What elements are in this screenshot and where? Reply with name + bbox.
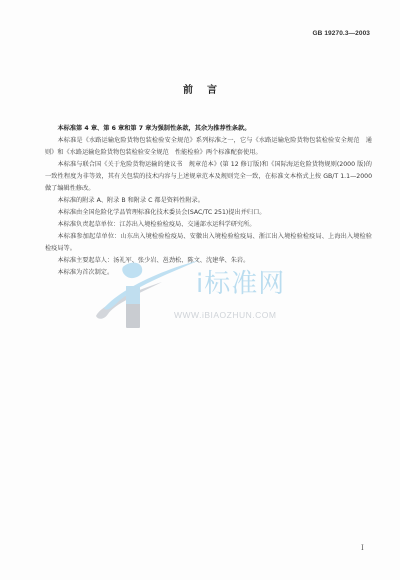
title-char-1: 前 — [183, 85, 207, 96]
paragraph-proposed-by: 本标准由全国危险化学品管理标准化技术委员会(SAC/TC 251)提出并归口。 — [45, 207, 372, 219]
foreword-body: 本标准第 4 章、第 6 章和第 7 章为强制性条款，其余为推荐性条款。 本标准… — [45, 123, 372, 279]
paragraph-series: 本标准是《水路运输危险货物包装检验安全规范》系列标准之一，它与《水路运输危险货物… — [45, 135, 372, 159]
paragraph-annexes: 本标准的附录 A、附录 B 和附录 C 都是资料性附录。 — [45, 195, 372, 207]
document-page: GB 19270.3—2003 前言 本标准第 4 章、第 6 章和第 7 章为… — [0, 0, 400, 580]
watermark-brand-text: i标准网 — [196, 263, 285, 300]
paragraph-lead-drafter: 本标准负责起草单位：江苏出入境检验检疫局、交通部水运科学研究所。 — [45, 219, 372, 231]
bullet-mark: · — [52, 267, 66, 279]
watermark: i标准网 WWW.iBIAOZHUN.COM — [92, 258, 332, 338]
page-number: I — [361, 544, 364, 552]
standard-code: GB 19270.3—2003 — [312, 30, 370, 37]
title-char-2: 言 — [207, 85, 231, 96]
paragraph-consistency: 本标准与联合国《关于危险货物运输的建议书 规章范本》(第 12 修订版)和《国际… — [45, 159, 372, 195]
paragraph-mandatory-clauses: 本标准第 4 章、第 6 章和第 7 章为强制性条款，其余为推荐性条款。 — [45, 123, 372, 135]
page-title: 前言 — [0, 81, 400, 96]
watermark-url-text: WWW.iBIAOZHUN.COM — [174, 310, 276, 320]
paragraph-participating-drafters: 本标准参加起草单位：山东出入境检验检疫局、安徽出入境检验检疫局、浙江出入境检验检… — [45, 231, 372, 255]
